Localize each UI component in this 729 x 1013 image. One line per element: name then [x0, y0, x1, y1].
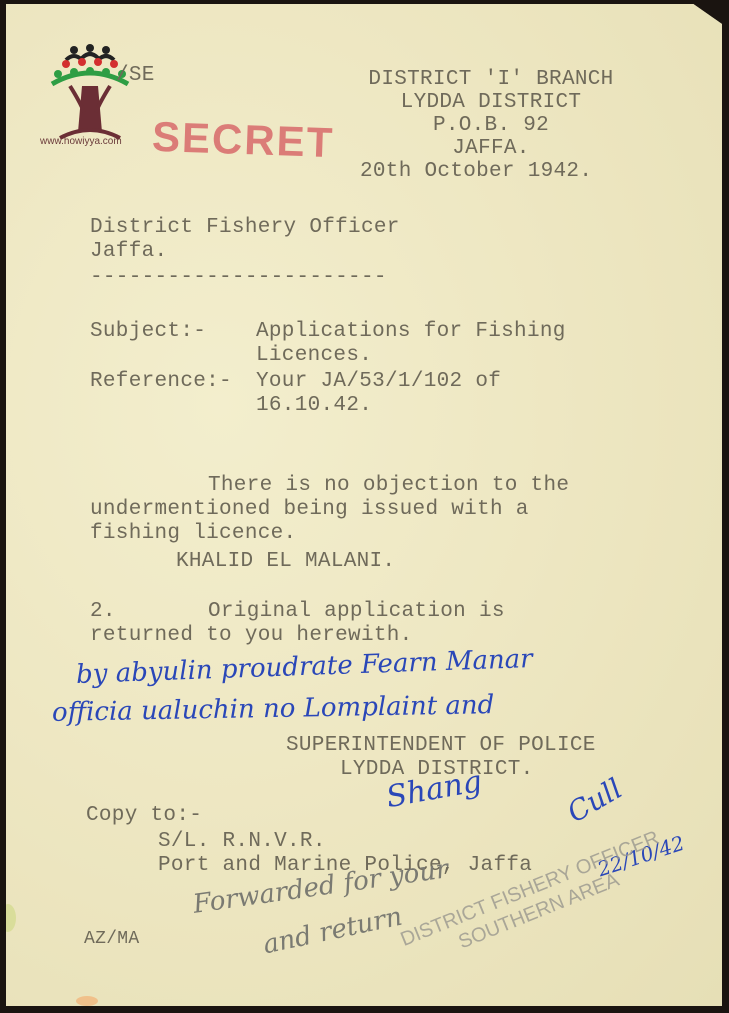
letter-date: 20th October 1942.: [360, 160, 630, 183]
typist-reference: AZ/MA: [84, 928, 140, 951]
handwritten-initials: Cull: [562, 772, 628, 829]
reference-line-1: Your JA/53/1/102 of: [256, 370, 501, 393]
secret-stamp: SECRET: [151, 113, 335, 167]
pencil-note-line2: and return: [260, 902, 404, 961]
letterhead: DISTRICT 'I' BRANCH LYDDA DISTRICT P.O.B…: [356, 68, 626, 183]
letterhead-branch: DISTRICT 'I' BRANCH: [356, 68, 626, 91]
copy-to-item-1: S/L. R.N.V.R.: [158, 830, 326, 853]
addressee-title: District Fishery Officer: [90, 216, 400, 239]
copy-to-label: Copy to:-: [86, 804, 202, 827]
reference-line-2: 16.10.42.: [256, 394, 372, 417]
body-para1-line3: fishing licence.: [90, 522, 296, 545]
body-para2-number: 2.: [90, 600, 116, 623]
handwritten-note-line2: officia ualuchin no Lomplaint and: [52, 690, 495, 728]
watermark-url: www.howiyya.com: [40, 136, 122, 147]
letterhead-city: JAFFA.: [356, 137, 626, 160]
handwritten-note-line1: by abyulin proudrate Fearn Manar: [76, 644, 533, 690]
signatory-title: SUPERINTENDENT OF POLICE: [286, 734, 596, 757]
letter-reference: /SE: [116, 64, 155, 87]
fishery-office-stamp: DISTRICT FISHERY OFFICER SOUTHERN AREA: [397, 826, 672, 974]
subject-line-1: Applications for Fishing: [256, 320, 566, 343]
letterhead-district: LYDDA DISTRICT: [356, 91, 626, 114]
paper-stain: [0, 904, 16, 932]
body-para2-line1: Original application is: [208, 600, 505, 623]
addressee-city: Jaffa.: [90, 240, 167, 263]
document-page: www.howiyya.com /SE SECRET DISTRICT 'I' …: [6, 4, 722, 1006]
body-para1-line2: undermentioned being issued with a: [90, 498, 529, 521]
addressee-rule: -----------------------: [90, 266, 387, 289]
subject-label: Subject:-: [90, 320, 206, 343]
letterhead-pob: P.O.B. 92: [356, 114, 626, 137]
licensee-name: KHALID EL MALANI.: [176, 550, 395, 573]
subject-line-2: Licences.: [256, 344, 372, 367]
body-para1-line1: There is no objection to the: [208, 474, 569, 497]
paper-stain: [76, 996, 98, 1006]
reference-label: Reference:-: [90, 370, 232, 393]
body-para2-line2: returned to you herewith.: [90, 624, 413, 647]
